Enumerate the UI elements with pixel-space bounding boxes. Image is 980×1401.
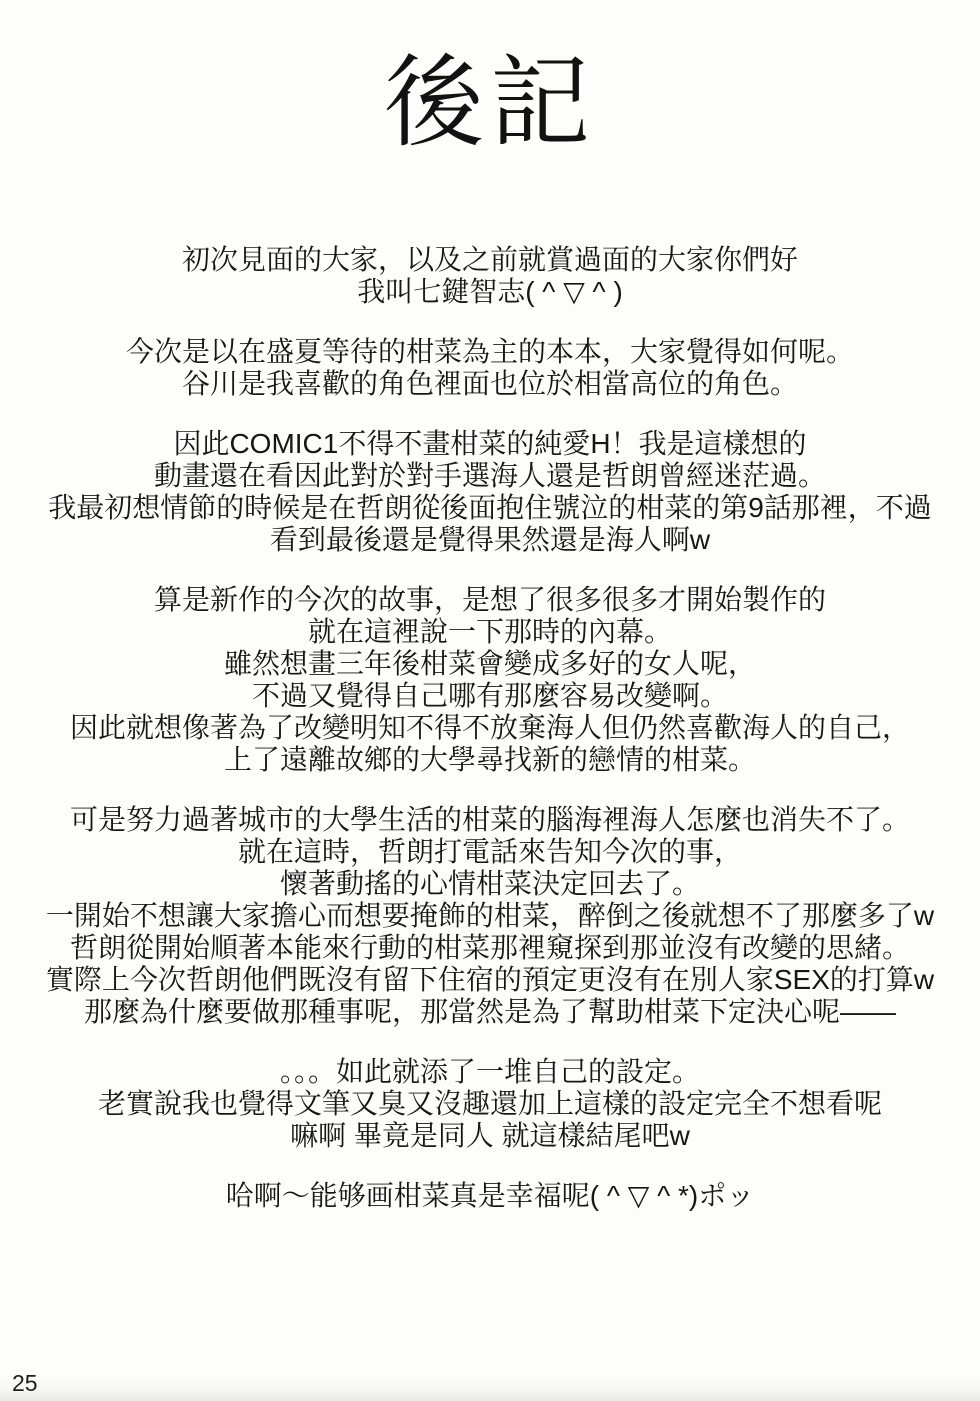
paragraph: 算是新作的今次的故事，是想了很多很多才開始製作的就在這裡說一下那時的內幕。雖然想… bbox=[0, 584, 980, 776]
text-line: 不過又覺得自己哪有那麼容易改變啊。 bbox=[0, 680, 980, 712]
scan-shadow bbox=[0, 1377, 980, 1401]
text-line: 我最初想情節的時候是在哲朗從後面抱住號泣的柑菜的第9話那裡，不過 bbox=[0, 492, 980, 524]
text-line: 可是努力過著城市的大學生活的柑菜的腦海裡海人怎麼也消失不了。 bbox=[0, 804, 980, 836]
text-line: 嘛啊 畢竟是同人 就這樣結尾吧w bbox=[0, 1120, 980, 1152]
page-number: 25 bbox=[12, 1372, 38, 1395]
paragraph: 可是努力過著城市的大學生活的柑菜的腦海裡海人怎麼也消失不了。就在這時，哲朗打電話… bbox=[0, 804, 980, 1028]
text-line: 。。。如此就添了一堆自己的設定。 bbox=[0, 1056, 980, 1088]
text-line: 雖然想畫三年後柑菜會變成多好的女人呢， bbox=[0, 648, 980, 680]
paragraph: 今次是以在盛夏等待的柑菜為主的本本，大家覺得如何呢。谷川是我喜歡的角色裡面也位於… bbox=[0, 336, 980, 400]
text-line: 哲朗從開始順著本能來行動的柑菜那裡窺探到那並沒有改變的思緒。 bbox=[0, 932, 980, 964]
text-line: 實際上今次哲朗他們既沒有留下住宿的預定更沒有在別人家SEX的打算w bbox=[0, 964, 980, 996]
text-line: 谷川是我喜歡的角色裡面也位於相當高位的角色。 bbox=[0, 368, 980, 400]
text-line: 我叫七鍵智志( ^ ▽ ^ ) bbox=[0, 276, 980, 308]
text-line: 老實說我也覺得文筆又臭又沒趣還加上這樣的設定完全不想看呢 bbox=[0, 1088, 980, 1120]
text-line: 那麼為什麼要做那種事呢，那當然是為了幫助柑菜下定決心呢—— bbox=[0, 996, 980, 1028]
text-line: 看到最後還是覺得果然還是海人啊w bbox=[0, 524, 980, 556]
text-line: 因此COMIC1不得不畫柑菜的純愛H！我是這樣想的 bbox=[0, 428, 980, 460]
text-line: 初次見面的大家，以及之前就賞過面的大家你們好 bbox=[0, 244, 980, 276]
text-line: 算是新作的今次的故事，是想了很多很多才開始製作的 bbox=[0, 584, 980, 616]
afterword-body: 初次見面的大家，以及之前就賞過面的大家你們好我叫七鍵智志( ^ ▽ ^ )今次是… bbox=[0, 244, 980, 1212]
text-line: 一開始不想讓大家擔心而想要掩飾的柑菜，醉倒之後就想不了那麼多了w bbox=[0, 900, 980, 932]
text-line: 懷著動搖的心情柑菜決定回去了。 bbox=[0, 868, 980, 900]
text-line: 就在這裡說一下那時的內幕。 bbox=[0, 616, 980, 648]
text-line: 動畫還在看因此對於對手選海人還是哲朗曾經迷茫過。 bbox=[0, 460, 980, 492]
text-line: 因此就想像著為了改變明知不得不放棄海人但仍然喜歡海人的自己， bbox=[0, 712, 980, 744]
text-line: 上了遠離故鄉的大學尋找新的戀情的柑菜。 bbox=[0, 744, 980, 776]
paragraph: 。。。如此就添了一堆自己的設定。老實說我也覺得文筆又臭又沒趣還加上這樣的設定完全… bbox=[0, 1056, 980, 1152]
page-title: 後記 bbox=[0, 0, 980, 168]
paragraph: 因此COMIC1不得不畫柑菜的純愛H！我是這樣想的動畫還在看因此對於對手選海人還… bbox=[0, 428, 980, 556]
afterword-page: 後記 初次見面的大家，以及之前就賞過面的大家你們好我叫七鍵智志( ^ ▽ ^ )… bbox=[0, 0, 980, 1401]
paragraph: 初次見面的大家，以及之前就賞過面的大家你們好我叫七鍵智志( ^ ▽ ^ ) bbox=[0, 244, 980, 308]
text-line: 哈啊～能够画柑菜真是幸福呢( ^ ▽ ^ *)ポッ bbox=[0, 1180, 980, 1212]
text-line: 就在這時，哲朗打電話來告知今次的事， bbox=[0, 836, 980, 868]
paragraph: 哈啊～能够画柑菜真是幸福呢( ^ ▽ ^ *)ポッ bbox=[0, 1180, 980, 1212]
text-line: 今次是以在盛夏等待的柑菜為主的本本，大家覺得如何呢。 bbox=[0, 336, 980, 368]
